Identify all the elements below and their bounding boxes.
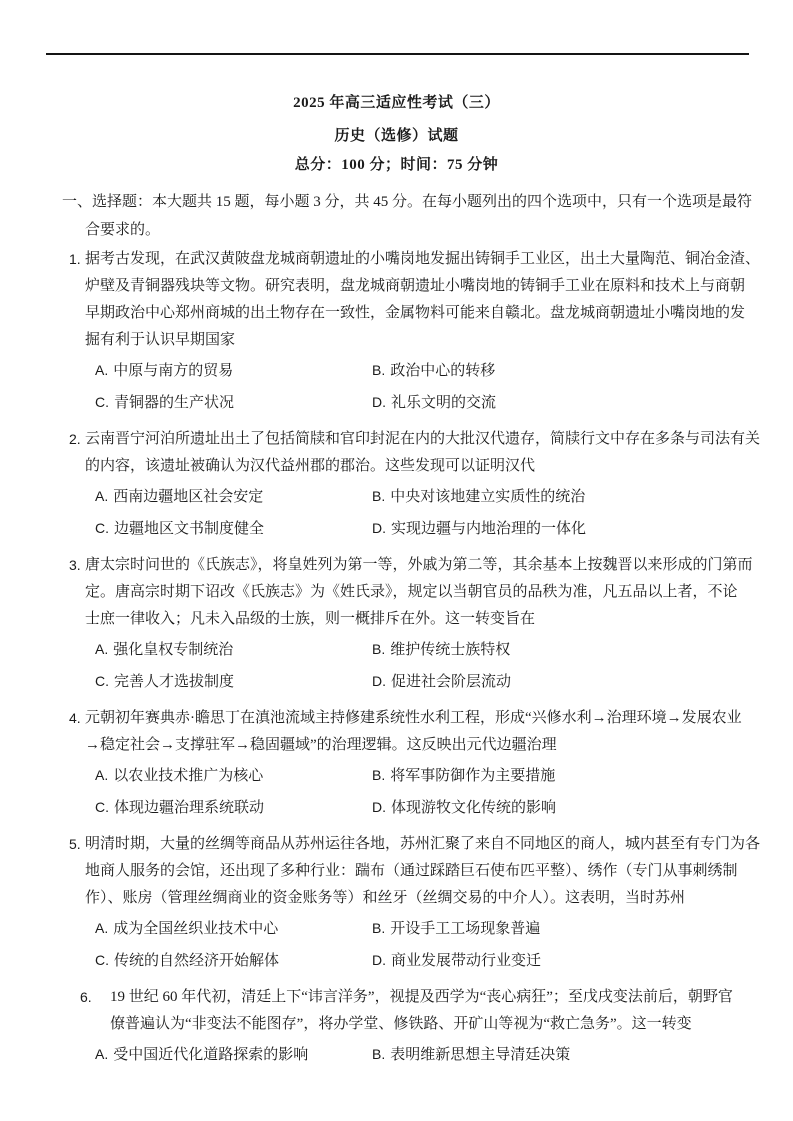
option-text: 边疆地区文书制度健全 [114, 521, 264, 537]
section-instructions-line: 一、选择题：本大题共 15 题，每小题 3 分，共 45 分。在每小题列出的四个… [62, 188, 745, 216]
stem-line: 掘有利于认识早期国家 [85, 327, 745, 354]
option-group: A.受中国近代化道路探索的影响B.表明维新思想主导清廷决策 [62, 1041, 745, 1069]
option-letter: D. [372, 952, 386, 968]
option-letter: B. [372, 1046, 385, 1062]
question: 5.明清时期，大量的丝绸等商品从苏州运往各地，苏州汇聚了来自不同地区的商人，城内… [62, 831, 745, 975]
option: A.强化皇权专制统治 [95, 636, 372, 664]
stem-line: 地商人服务的会馆，还出现了多种行业：踹布（通过踩踏巨石使布匹平整）、绣作（专门从… [85, 858, 745, 885]
option-group: A.中原与南方的贸易B.政治中心的转移C.青铜器的生产状况D.礼乐文明的交流 [62, 357, 745, 417]
stem-line: 士庶一律收入；凡未入品级的士族，则一概排斥在外。这一转变旨在 [85, 606, 745, 633]
option: A.以农业技术推广为核心 [95, 762, 372, 790]
section-instructions-line: 合要求的。 [62, 216, 745, 244]
option-text: 实现边疆与内地治理的一体化 [391, 521, 586, 537]
option-group: A.成为全国丝织业技术中心B.开设手工工场现象普遍C.传统的自然经济开始解体D.… [62, 915, 745, 975]
option-letter: C. [95, 394, 109, 410]
option: C.青铜器的生产状况 [95, 389, 372, 417]
option-letter: A. [95, 641, 108, 657]
option: B.将军事防御作为主要措施 [372, 762, 745, 790]
question-stem: 6.19 世纪 60 年代初，清廷上下“讳言洋务”，视提及西学为“丧心病狂”；至… [62, 984, 745, 1038]
stem-line: 云南晋宁河泊所遗址出土了包括简牍和官印封泥在内的大批汉代遗存，简牍行文中存在多条… [85, 426, 745, 453]
question: 1.据考古发现，在武汉黄陂盘龙城商朝遗址的小嘴岗地发掘出铸铜手工业区，出土大量陶… [62, 246, 745, 417]
option-letter: C. [95, 952, 109, 968]
option-letter: D. [372, 520, 386, 536]
option: D.促进社会阶层流动 [372, 668, 745, 696]
option-row: C.完善人才选拔制度D.促进社会阶层流动 [95, 668, 745, 696]
question-number: 6. [80, 984, 92, 1011]
option-letter: C. [95, 673, 109, 689]
option-text: 受中国近代化道路探索的影响 [113, 1047, 308, 1063]
option-letter: B. [372, 488, 385, 504]
option-row: A.以农业技术推广为核心B.将军事防御作为主要措施 [95, 762, 745, 790]
question: 3.唐太宗时问世的《氏族志》，将皇姓列为第一等，外戚为第二等，其余基本上按魏晋以… [62, 552, 745, 696]
stem-line: 作）、账房（管理丝绸商业的资金账务等）和丝牙（丝绸交易的中介人）。这表明，当时苏… [85, 885, 745, 912]
option: D.实现边疆与内地治理的一体化 [372, 515, 745, 543]
option: A.受中国近代化道路探索的影响 [95, 1041, 372, 1069]
option-row: A.强化皇权专制统治B.维护传统士族特权 [95, 636, 745, 664]
option-letter: A. [95, 1046, 108, 1062]
exam-title: 2025 年高三适应性考试（三） [0, 92, 793, 114]
option-letter: A. [95, 362, 108, 378]
option: D.礼乐文明的交流 [372, 389, 745, 417]
option-text: 将军事防御作为主要措施 [390, 768, 555, 784]
option: C.传统的自然经济开始解体 [95, 947, 372, 975]
exam-header: 2025 年高三适应性考试（三） 历史（选修）试题 总分：100 分；时间：75… [0, 92, 793, 176]
option-letter: A. [95, 767, 108, 783]
question-stem: 2.云南晋宁河泊所遗址出土了包括简牍和官印封泥在内的大批汉代遗存，简牍行文中存在… [62, 426, 745, 480]
option: C.边疆地区文书制度健全 [95, 515, 372, 543]
option-row: A.中原与南方的贸易B.政治中心的转移 [95, 357, 745, 385]
option-text: 中央对该地建立实质性的统治 [390, 489, 585, 505]
stem-line: 据考古发现，在武汉黄陂盘龙城商朝遗址的小嘴岗地发掘出铸铜手工业区，出土大量陶范、… [85, 246, 745, 273]
option-text: 维护传统士族特权 [390, 642, 510, 658]
stem-line: 定。唐高宗时期下诏改《氏族志》为《姓氏录》，规定以当朝官员的品秩为准，凡五品以上… [85, 579, 745, 606]
option-text: 开设手工工场现象普遍 [390, 921, 540, 937]
question-list: 1.据考古发现，在武汉黄陂盘龙城商朝遗址的小嘴岗地发掘出铸铜手工业区，出土大量陶… [62, 246, 745, 1069]
option-text: 以农业技术推广为核心 [113, 768, 263, 784]
option-text: 表明维新思想主导清廷决策 [390, 1047, 570, 1063]
option: A.西南边疆地区社会安定 [95, 483, 372, 511]
question-stem: 5.明清时期，大量的丝绸等商品从苏州运往各地，苏州汇聚了来自不同地区的商人，城内… [62, 831, 745, 912]
option-text: 西南边疆地区社会安定 [113, 489, 263, 505]
option: D.商业发展带动行业变迁 [372, 947, 745, 975]
option-text: 完善人才选拔制度 [114, 674, 234, 690]
option-letter: B. [372, 920, 385, 936]
stem-line: 炉壁及青铜器残块等文物。研究表明，盘龙城商朝遗址小嘴岗地的铸铜手工业在原料和技术… [85, 273, 745, 300]
question: 2.云南晋宁河泊所遗址出土了包括简牍和官印封泥在内的大批汉代遗存，简牍行文中存在… [62, 426, 745, 543]
option-letter: A. [95, 920, 108, 936]
option-text: 礼乐文明的交流 [391, 395, 496, 411]
stem-line: →稳定社会→支撑驻军→稳固疆域”的治理逻辑。这反映出元代边疆治理 [85, 732, 745, 759]
option-text: 传统的自然经济开始解体 [114, 953, 279, 969]
exam-subject-title: 历史（选修）试题 [0, 125, 793, 147]
option-text: 体现边疆治理系统联动 [114, 800, 264, 816]
stem-line: 早期政治中心郑州商城的出土物存在一致性，金属物料可能来自赣北。盘龙城商朝遗址小嘴… [85, 300, 745, 327]
option: D.体现游牧文化传统的影响 [372, 794, 745, 822]
question-stem: 4.元朝初年赛典赤·瞻思丁在滇池流域主持修建系统性水利工程，形成“兴修水利→治理… [62, 705, 745, 759]
option-letter: B. [372, 641, 385, 657]
option-text: 促进社会阶层流动 [391, 674, 511, 690]
option: B.政治中心的转移 [372, 357, 745, 385]
question-stem: 3.唐太宗时问世的《氏族志》，将皇姓列为第一等，外戚为第二等，其余基本上按魏晋以… [62, 552, 745, 633]
option-letter: D. [372, 799, 386, 815]
question-number: 1. [69, 246, 81, 273]
exam-score-time: 总分：100 分；时间：75 分钟 [0, 154, 793, 176]
option-group: A.以农业技术推广为核心B.将军事防御作为主要措施C.体现边疆治理系统联动D.体… [62, 762, 745, 822]
stem-line: 的内容，该遗址被确认为汉代益州郡的郡治。这些发现可以证明汉代 [85, 453, 745, 480]
option-row: C.传统的自然经济开始解体D.商业发展带动行业变迁 [95, 947, 745, 975]
option: B.表明维新思想主导清廷决策 [372, 1041, 745, 1069]
option-text: 强化皇权专制统治 [113, 642, 233, 658]
header-rule [46, 53, 749, 55]
option: B.开设手工工场现象普遍 [372, 915, 745, 943]
stem-line: 19 世纪 60 年代初，清廷上下“讳言洋务”，视提及西学为“丧心病狂”；至戊戌… [110, 984, 745, 1011]
option-text: 成为全国丝织业技术中心 [113, 921, 278, 937]
option-letter: C. [95, 799, 109, 815]
option-row: C.青铜器的生产状况D.礼乐文明的交流 [95, 389, 745, 417]
option-group: A.西南边疆地区社会安定B.中央对该地建立实质性的统治C.边疆地区文书制度健全D… [62, 483, 745, 543]
option-letter: B. [372, 767, 385, 783]
stem-line: 僚普遍认为“非变法不能图存”，将办学堂、修铁路、开矿山等视为“救亡急务”。这一转… [110, 1011, 745, 1038]
option-row: A.成为全国丝织业技术中心B.开设手工工场现象普遍 [95, 915, 745, 943]
option-group: A.强化皇权专制统治B.维护传统士族特权C.完善人才选拔制度D.促进社会阶层流动 [62, 636, 745, 696]
option: B.维护传统士族特权 [372, 636, 745, 664]
option: A.成为全国丝织业技术中心 [95, 915, 372, 943]
option-letter: A. [95, 488, 108, 504]
exam-paper-page: 2025 年高三适应性考试（三） 历史（选修）试题 总分：100 分；时间：75… [0, 53, 793, 1069]
stem-line: 元朝初年赛典赤·瞻思丁在滇池流域主持修建系统性水利工程，形成“兴修水利→治理环境… [85, 705, 745, 732]
option-letter: C. [95, 520, 109, 536]
question-number: 5. [69, 831, 81, 858]
option-row: A.受中国近代化道路探索的影响B.表明维新思想主导清廷决策 [95, 1041, 745, 1069]
option-text: 青铜器的生产状况 [114, 395, 234, 411]
question-number: 2. [69, 426, 81, 453]
option: A.中原与南方的贸易 [95, 357, 372, 385]
stem-line: 明清时期，大量的丝绸等商品从苏州运往各地，苏州汇聚了来自不同地区的商人，城内甚至… [85, 831, 745, 858]
question: 4.元朝初年赛典赤·瞻思丁在滇池流域主持修建系统性水利工程，形成“兴修水利→治理… [62, 705, 745, 822]
option: C.体现边疆治理系统联动 [95, 794, 372, 822]
option-text: 体现游牧文化传统的影响 [391, 800, 556, 816]
option-letter: B. [372, 362, 385, 378]
option-text: 中原与南方的贸易 [113, 363, 233, 379]
option: C.完善人才选拔制度 [95, 668, 372, 696]
option-letter: D. [372, 394, 386, 410]
question: 6.19 世纪 60 年代初，清廷上下“讳言洋务”，视提及西学为“丧心病狂”；至… [62, 984, 745, 1069]
option-row: C.体现边疆治理系统联动D.体现游牧文化传统的影响 [95, 794, 745, 822]
option-text: 商业发展带动行业变迁 [391, 953, 541, 969]
question-stem: 1.据考古发现，在武汉黄陂盘龙城商朝遗址的小嘴岗地发掘出铸铜手工业区，出土大量陶… [62, 246, 745, 354]
section-instructions: 一、选择题：本大题共 15 题，每小题 3 分，共 45 分。在每小题列出的四个… [62, 188, 745, 244]
option-letter: D. [372, 673, 386, 689]
exam-body: 一、选择题：本大题共 15 题，每小题 3 分，共 45 分。在每小题列出的四个… [0, 176, 793, 1069]
question-number: 3. [69, 552, 81, 579]
option-row: C.边疆地区文书制度健全D.实现边疆与内地治理的一体化 [95, 515, 745, 543]
question-number: 4. [69, 705, 81, 732]
option-text: 政治中心的转移 [390, 363, 495, 379]
option: B.中央对该地建立实质性的统治 [372, 483, 745, 511]
stem-line: 唐太宗时问世的《氏族志》，将皇姓列为第一等，外戚为第二等，其余基本上按魏晋以来形… [85, 552, 745, 579]
option-row: A.西南边疆地区社会安定B.中央对该地建立实质性的统治 [95, 483, 745, 511]
